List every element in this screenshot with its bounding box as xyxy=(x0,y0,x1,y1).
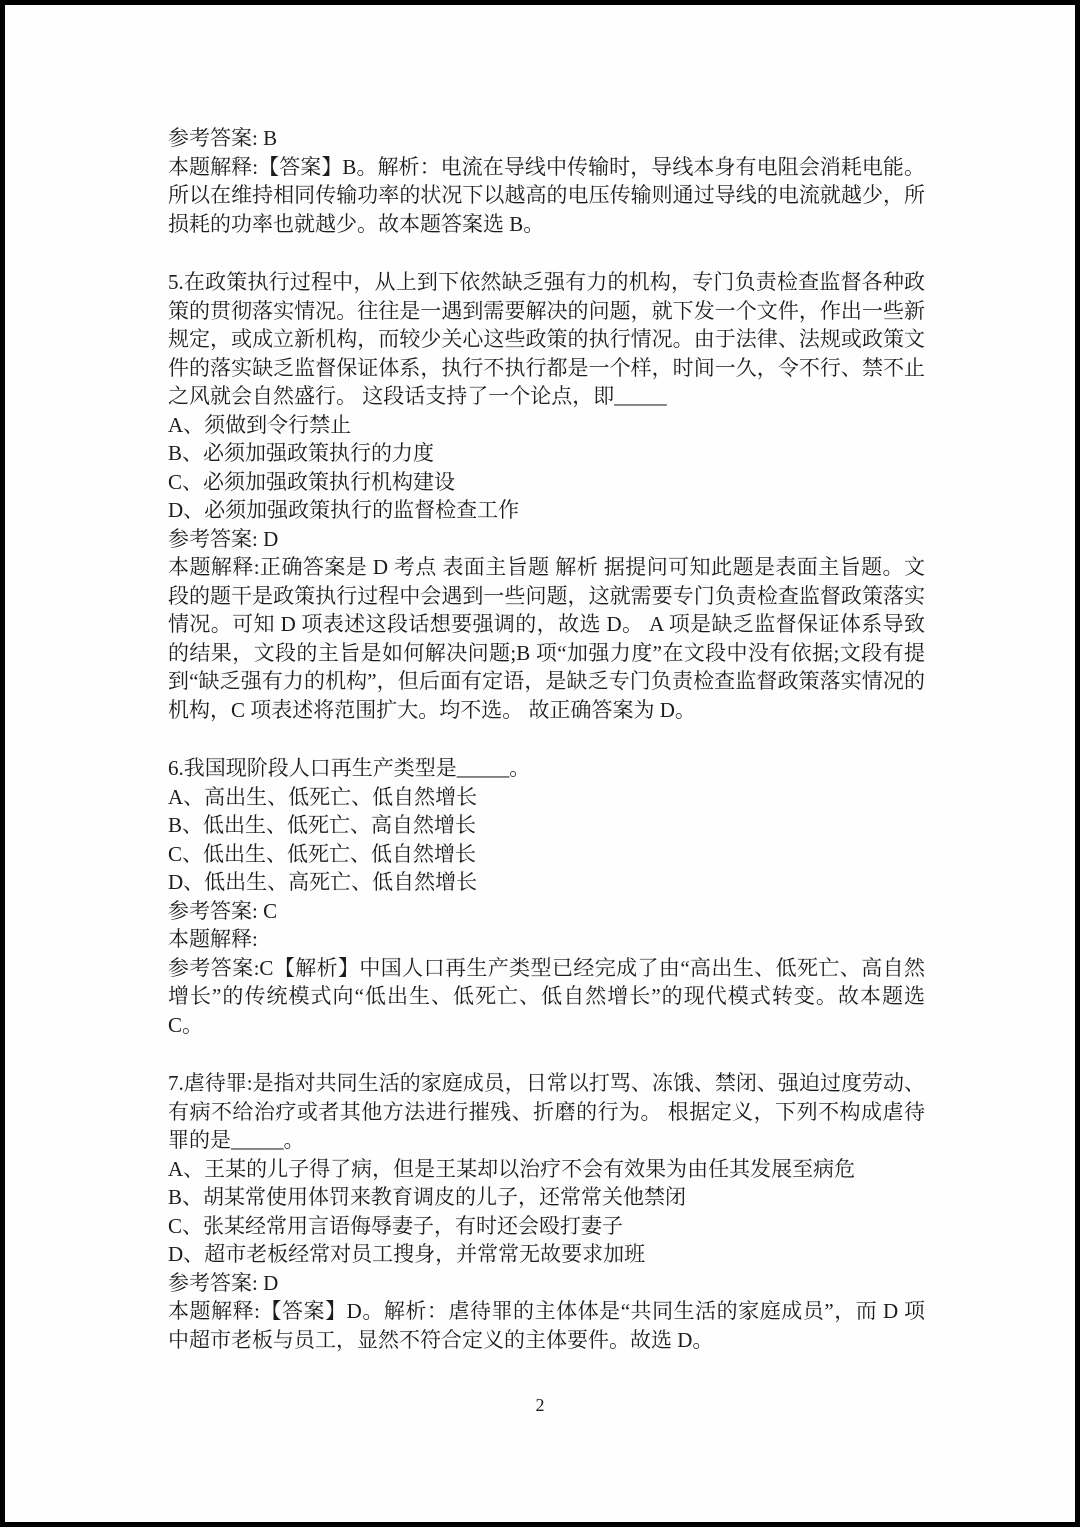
question-5-stem: 5.在政策执行过程中，从上到下依然缺乏强有力的机构，专门负责检查监督各种政策的贯… xyxy=(168,268,925,411)
question-5-explanation: 本题解释:正确答案是 D 考点 表面主旨题 解析 据提问可知此题是表面主旨题。文… xyxy=(168,553,925,724)
question-7-block: 7.虐待罪:是指对共同生活的家庭成员，日常以打骂、冻饿、禁闭、强迫过度劳动、有病… xyxy=(168,1069,925,1354)
question-7-explanation: 本题解释:【答案】D。解析：虐待罪的主体体是“共同生活的家庭成员”，而 D 项中… xyxy=(168,1297,925,1354)
exam-content: 参考答案: B 本题解释:【答案】B。解析：电流在导线中传输时，导线本身有电阻会… xyxy=(168,124,925,1354)
question-6-stem: 6.我国现阶段人口再生产类型是_____。 xyxy=(168,754,925,783)
question-6-option-c: C、低出生、低死亡、低自然增长 xyxy=(168,840,925,869)
carryover-explanation: 本题解释:【答案】B。解析：电流在导线中传输时，导线本身有电阻会消耗电能。所以在… xyxy=(168,153,925,239)
question-7-option-a: A、王某的儿子得了病，但是王某却以治疗不会有效果为由任其发展至病危 xyxy=(168,1155,925,1184)
question-7-option-c: C、张某经常用言语侮辱妻子，有时还会殴打妻子 xyxy=(168,1212,925,1241)
question-5-option-c: C、必须加强政策执行机构建设 xyxy=(168,468,925,497)
question-7-option-d: D、超市老板经常对员工搜身，并常常无故要求加班 xyxy=(168,1240,925,1269)
document-page: 参考答案: B 本题解释:【答案】B。解析：电流在导线中传输时，导线本身有电阻会… xyxy=(0,0,1080,1527)
question-7-stem: 7.虐待罪:是指对共同生活的家庭成员，日常以打骂、冻饿、禁闭、强迫过度劳动、有病… xyxy=(168,1069,925,1155)
question-6-option-a: A、高出生、低死亡、低自然增长 xyxy=(168,783,925,812)
page-number: 2 xyxy=(5,1395,1075,1416)
question-6-explanation: 参考答案:C【解析】中国人口再生产类型已经完成了由“高出生、低死亡、高自然增长”… xyxy=(168,954,925,1040)
question-7-option-b: B、胡某常使用体罚来教育调皮的儿子，还常常关他禁闭 xyxy=(168,1183,925,1212)
question-7-ref-answer: 参考答案: D xyxy=(168,1269,925,1298)
question-5-option-d: D、必须加强政策执行的监督检查工作 xyxy=(168,496,925,525)
question-6-ref-answer: 参考答案: C xyxy=(168,897,925,926)
carryover-ref-answer: 参考答案: B xyxy=(168,124,925,153)
question-6-option-b: B、低出生、低死亡、高自然增长 xyxy=(168,811,925,840)
question-5-ref-answer: 参考答案: D xyxy=(168,525,925,554)
question-5-block: 5.在政策执行过程中，从上到下依然缺乏强有力的机构，专门负责检查监督各种政策的贯… xyxy=(168,268,925,724)
question-5-option-a: A、须做到令行禁止 xyxy=(168,411,925,440)
question-6-block: 6.我国现阶段人口再生产类型是_____。 A、高出生、低死亡、低自然增长 B、… xyxy=(168,754,925,1039)
question-6-option-d: D、低出生、高死亡、低自然增长 xyxy=(168,868,925,897)
question-6-explanation-label: 本题解释: xyxy=(168,925,925,954)
question-5-option-b: B、必须加强政策执行的力度 xyxy=(168,439,925,468)
carryover-answer-block: 参考答案: B 本题解释:【答案】B。解析：电流在导线中传输时，导线本身有电阻会… xyxy=(168,124,925,238)
